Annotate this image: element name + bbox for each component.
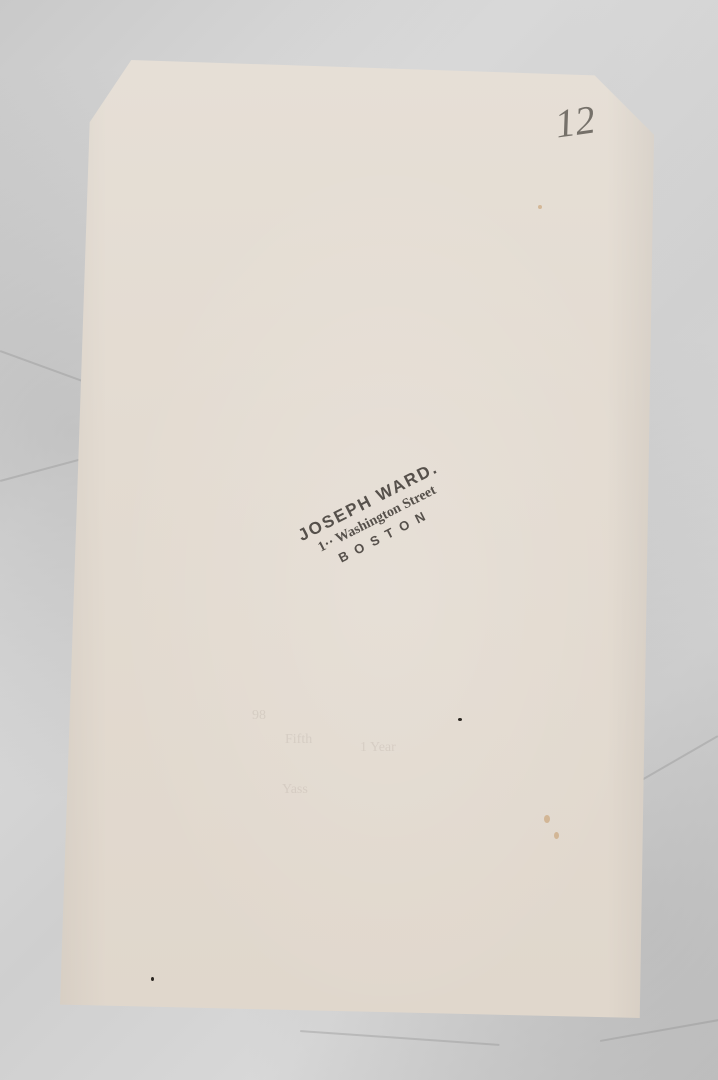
- ghost-offset-text: 98: [252, 708, 266, 724]
- ghost-offset-text: Yass: [282, 782, 308, 798]
- foxing-spot: [544, 815, 550, 823]
- ghost-offset-text: 1 Year: [360, 740, 396, 756]
- ink-speck: [151, 977, 154, 981]
- foxing-spot: [538, 205, 542, 209]
- marble-vein: [300, 1030, 500, 1046]
- pencil-number-mark: 12: [552, 95, 598, 147]
- marble-vein: [600, 1017, 718, 1042]
- marble-vein: [0, 457, 87, 482]
- photo-card-back: 12 Fifth Yass 98 1 Year JOSEPH WARD. 1··…: [60, 60, 654, 1018]
- ghost-offset-text: Fifth: [285, 732, 312, 748]
- ink-speck: [458, 718, 462, 721]
- marble-vein: [640, 735, 718, 782]
- foxing-spot: [554, 832, 559, 839]
- photographer-stamp: JOSEPH WARD. 1·· Washington Street BOSTO…: [295, 458, 458, 577]
